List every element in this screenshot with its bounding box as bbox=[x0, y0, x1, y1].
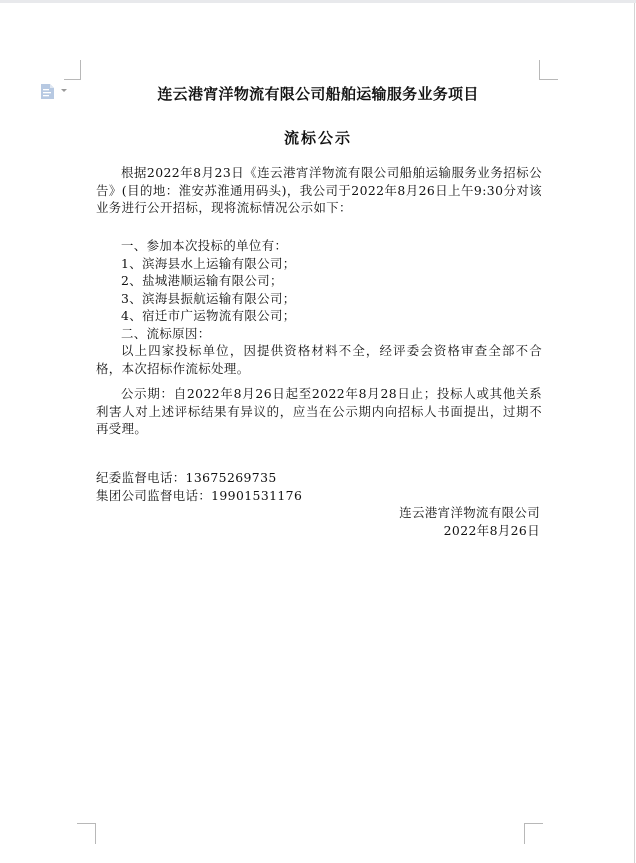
reason-paragraph: 以上四家投标单位，因提供资格材料不全，经评委会资格审查全部不合格，本次招标作流标… bbox=[96, 342, 542, 377]
intro-paragraph: 根据2022年8月23日《连云港宵洋物流有限公司船舶运输服务业务招标公告》(目的… bbox=[96, 164, 542, 217]
page-right-edge bbox=[634, 3, 635, 863]
bidder-item: 4、宿迁市广运物流有限公司； bbox=[96, 307, 542, 325]
bidders-block: 一、参加本次投标的单位有： 1、滨海县水上运输有限公司； 2、盐城港顺运输有限公… bbox=[96, 237, 542, 377]
section2-heading: 二、流标原因： bbox=[96, 325, 542, 343]
contacts-block: 纪委监督电话：13675269735 集团公司监督电话：19901531176 … bbox=[96, 469, 542, 539]
signature-company: 连云港宵洋物流有限公司 bbox=[96, 504, 542, 522]
section1-heading: 一、参加本次投标的单位有： bbox=[96, 237, 542, 255]
margin-corner-bottom-right bbox=[524, 823, 543, 844]
margin-corner-top-right bbox=[539, 60, 558, 80]
window-top-bar bbox=[0, 0, 636, 3]
notice-period-paragraph: 公示期：自2022年8月26日起至2022年8月28日止；投标人或其他关系利害人… bbox=[96, 385, 542, 438]
paste-options-document-icon[interactable] bbox=[41, 84, 54, 99]
intro-block: 根据2022年8月23日《连云港宵洋物流有限公司船舶运输服务业务招标公告》(目的… bbox=[96, 164, 542, 217]
margin-corner-top-left bbox=[64, 60, 81, 80]
bidder-item: 3、滨海县振航运输有限公司； bbox=[96, 290, 542, 308]
notice-block: 公示期：自2022年8月26日起至2022年8月28日止；投标人或其他关系利害人… bbox=[96, 385, 542, 438]
contact-discipline-phone: 纪委监督电话：13675269735 bbox=[96, 469, 542, 487]
bidder-item: 2、盐城港顺运输有限公司； bbox=[96, 272, 542, 290]
bidder-item: 1、滨海县水上运输有限公司； bbox=[96, 255, 542, 273]
contact-group-phone: 集团公司监督电话：19901531176 bbox=[96, 487, 542, 505]
chevron-down-icon[interactable] bbox=[61, 89, 67, 92]
margin-corner-bottom-left bbox=[77, 823, 96, 844]
document-subtitle: 流标公示 bbox=[96, 128, 540, 148]
signature-date: 2022年8月26日 bbox=[96, 522, 542, 540]
document-title: 连云港宵洋物流有限公司船舶运输服务业务项目 bbox=[96, 84, 540, 104]
